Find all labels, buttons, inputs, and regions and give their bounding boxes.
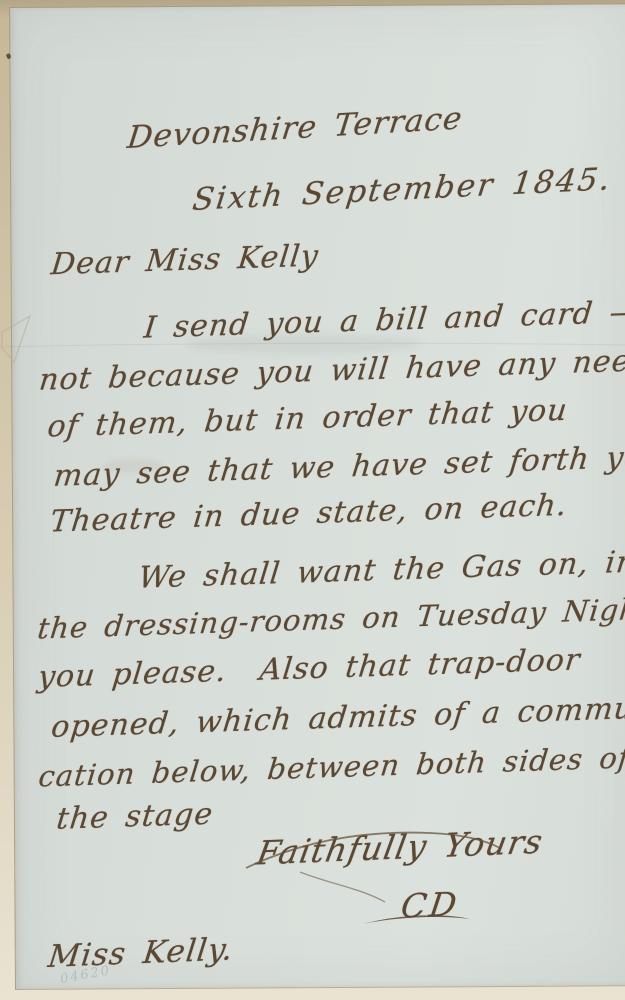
body-line: opened, which admits of a communi- [49,690,625,745]
body-line: Theatre in due state, on each. [48,488,569,540]
body-line: the stage [55,797,215,837]
body-line: of them, but in order that you [46,393,570,445]
salutation: Dear Miss Kelly [49,239,320,283]
body-line: We shall want the Gas on, in [137,545,625,596]
body-line: the dressing-rooms on Tuesday Night, if [36,590,625,645]
body-line: may see that we have set forth your [52,439,625,494]
date-line: Sixth September 1845. [191,161,614,218]
closing-valediction: Faithfully Yours [254,822,546,873]
body-line: cation below, between both sides of [37,741,625,794]
address-line: Devonshire Terrace [125,101,464,156]
paper-sheet: Devonshire Terrace Sixth September 1845.… [9,3,625,990]
body-line: you please. Also that trap-door [36,642,582,694]
signature-initials: CD [399,884,462,925]
